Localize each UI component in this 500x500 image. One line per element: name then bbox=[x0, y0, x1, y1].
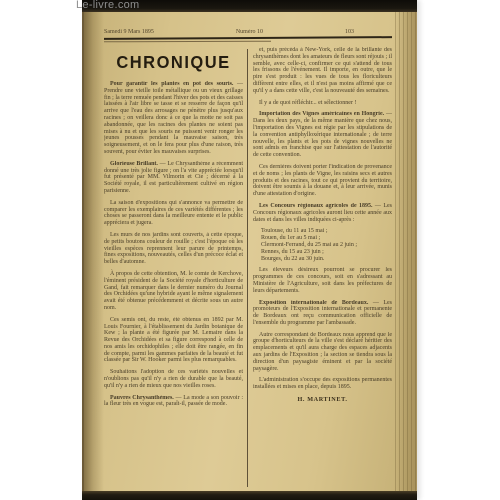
concours-list-line: Rouen, du 1er au 5 mai ; bbox=[253, 235, 392, 242]
column-right: et, puis précéda à New-York, celle de la… bbox=[248, 47, 392, 487]
article-paragraph: Ces semis ont, du reste, été obtenus en … bbox=[104, 317, 243, 365]
article-paragraph: Les murs de nos jardins sont couverts, à… bbox=[104, 232, 243, 266]
article-paragraph: Ces dernières doivent porter l'indicatio… bbox=[253, 164, 392, 198]
masthead-issue: Numéro 10 bbox=[236, 29, 263, 35]
article-paragraph: Toulouse, du 11 au 15 mai ;Rouen, du 1er… bbox=[253, 228, 392, 262]
column-right-paragraphs: et, puis précéda à New-York, celle de la… bbox=[253, 47, 392, 391]
paragraph-lead: Exposition internationale de Bordeaux. bbox=[259, 300, 373, 306]
author-signature: H. MARTINET. bbox=[253, 396, 392, 403]
page-content: Samedi 9 Mars 1895 Numéro 10 103 CHRONIQ… bbox=[104, 29, 392, 491]
article-paragraph-with-heading: Les Concours régionaux agricoles de 1895… bbox=[253, 203, 392, 223]
paragraph-lead: Glorieuse Brillant. bbox=[110, 161, 160, 167]
concours-list-line: Clermont-Ferrand, du 25 mai au 2 juin ; bbox=[253, 242, 392, 249]
column-left: CHRONIQUE Pour garantir les plantes en p… bbox=[104, 47, 247, 487]
listing-background: Le-livre.com Samedi 9 Mars 1895 Numéro 1… bbox=[0, 0, 500, 500]
concours-list-line: Rennes, du 15 au 23 juin ; bbox=[253, 249, 392, 256]
article-paragraph: Autre correspondant de Bordeaux nous app… bbox=[253, 332, 392, 373]
article-paragraph-with-heading: Importation des Vignes américaines en Ho… bbox=[253, 111, 392, 159]
article-paragraph: Souhaitons l'adoption de ces variétés no… bbox=[104, 369, 243, 389]
article-paragraph: La saison d'expositions qui s'annonce va… bbox=[104, 200, 243, 227]
masthead-date: Samedi 9 Mars 1895 bbox=[104, 29, 154, 35]
masthead-page-number: 103 bbox=[345, 29, 354, 35]
article-paragraph: Les éleveurs désireux pourront se procur… bbox=[253, 267, 392, 294]
page-stack-edges-icon bbox=[395, 12, 417, 491]
two-column-layout: CHRONIQUE Pour garantir les plantes en p… bbox=[104, 47, 392, 487]
article-paragraph-with-heading: Pauvres Chrysanthèmes. — La mode a son p… bbox=[104, 395, 243, 409]
article-paragraph: et, puis précéda à New-York, celle de la… bbox=[253, 47, 392, 95]
chronique-title: CHRONIQUE bbox=[104, 54, 243, 74]
article-paragraph: Il y a de quoi réfléchir... et sélection… bbox=[253, 100, 392, 107]
article-paragraph-with-heading: Glorieuse Brillant. — Le Chrysanthème a … bbox=[104, 161, 243, 195]
concours-list-line: Toulouse, du 11 au 15 mai ; bbox=[253, 228, 392, 235]
article-paragraph-with-heading: Pour garantir les plantes en pot des sou… bbox=[104, 81, 243, 156]
header-rule-echo bbox=[104, 41, 271, 43]
paragraph-lead: Pauvres Chrysanthèmes. bbox=[110, 395, 176, 401]
spine-shadow bbox=[82, 12, 104, 491]
header-rule bbox=[104, 36, 392, 40]
book-scan-photo: Le-livre.com Samedi 9 Mars 1895 Numéro 1… bbox=[82, 0, 417, 500]
masthead: Samedi 9 Mars 1895 Numéro 10 103 bbox=[104, 29, 392, 35]
concours-list-line: Bourges, du 22 au 30 juin. bbox=[253, 256, 392, 263]
watermark-le-livre: Le-livre.com bbox=[76, 0, 140, 11]
paragraph-lead: Importation des Vignes américaines en Ho… bbox=[259, 111, 386, 117]
paragraph-lead: Pour garantir les plantes en pot des sou… bbox=[110, 81, 237, 87]
journal-page: Samedi 9 Mars 1895 Numéro 10 103 CHRONIQ… bbox=[82, 12, 417, 491]
article-paragraph: L'administration s'occupe des exposition… bbox=[253, 377, 392, 391]
article-paragraph: À propos de cette obtention, M. le comte… bbox=[104, 271, 243, 312]
scan-bottom-shadow bbox=[82, 491, 417, 500]
article-paragraph-with-heading: Exposition internationale de Bordeaux. —… bbox=[253, 300, 392, 327]
paragraph-lead: Les Concours régionaux agricoles de 1895… bbox=[259, 203, 375, 209]
column-left-paragraphs: Pour garantir les plantes en pot des sou… bbox=[104, 81, 243, 408]
